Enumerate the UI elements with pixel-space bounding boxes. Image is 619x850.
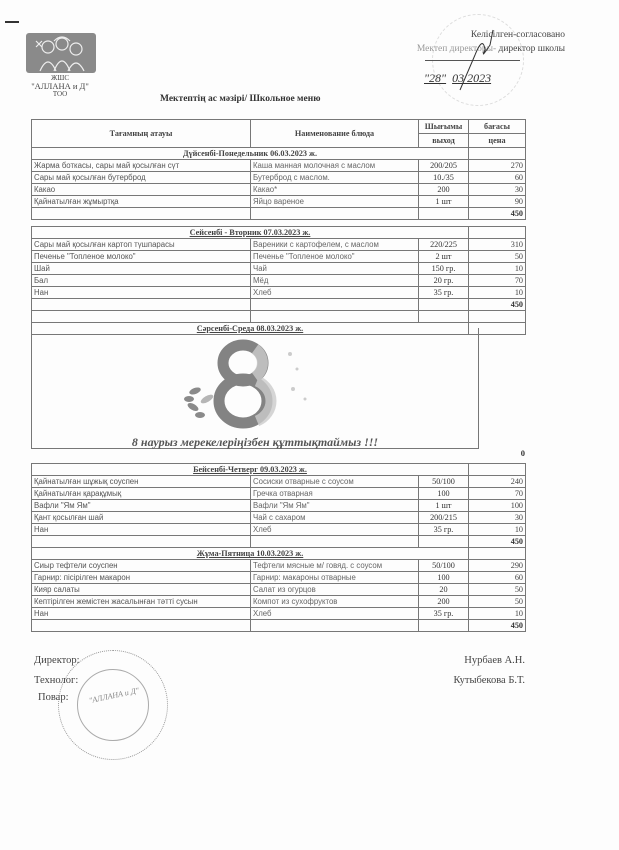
column-header-price-kz: бағасы <box>469 120 526 134</box>
menu-table-tuesday: Сейсенбі - Вторник 07.03.2023 ж. Сары ма… <box>31 226 526 335</box>
table-row: Печенье "Топленое молоко"Печенье "Топлен… <box>32 251 526 263</box>
holiday-greeting: 8 наурыз мерекелеріңізбен құттықтаймыз !… <box>32 435 478 450</box>
cook-label: Повар: <box>38 692 68 703</box>
column-header-yield-ru: выход <box>419 134 469 148</box>
menu-table-thursday-friday: Бейсенбі-Четверг 09.03.2023 ж. Қайнатылғ… <box>31 463 526 632</box>
table-row: Сары май қосылған картоп түшпарасыВарени… <box>32 239 526 251</box>
scan-mark <box>5 21 19 23</box>
total-row: 450 <box>32 299 526 311</box>
director-name: Нурбаев А.Н. <box>430 655 525 666</box>
chef-figures-icon <box>26 33 96 73</box>
approval-date: "28"03 2023 <box>424 71 491 86</box>
menu-table-monday: Тағамның атауы Наименование блюда Шығымы… <box>31 119 526 220</box>
day-title: Дүйсенбі-Понедельник 06.03.2023 ж. <box>32 148 469 160</box>
director-label: Директор: <box>34 655 80 666</box>
table-row: Вафли "Ям Ям"Вафли "Ям Ям"1 шт100 <box>32 500 526 512</box>
table-row: Жарма боткасы, сары май қосылған сүтКаша… <box>32 160 526 172</box>
column-header-name-kz: Тағамның атауы <box>32 120 251 148</box>
technologist-name: Кутыбекова Б.Т. <box>420 675 525 686</box>
table-row: Қант қосылған шайЧай с сахаром200/21530 <box>32 512 526 524</box>
table-row: НанХлеб35 гр.10 <box>32 287 526 299</box>
table-row: Қайнатылған шұжық соуспенСосиски отварны… <box>32 476 526 488</box>
table-row: Қайнатылған қарақұмықГречка отварная1007… <box>32 488 526 500</box>
table-row: Қайнатылған жұмыртқаЯйцо вареное1 шт90 <box>32 196 526 208</box>
day-title: Жұма-Пятница 10.03.2023 ж. <box>32 548 469 560</box>
table-row: БалМёд20 гр.70 <box>32 275 526 287</box>
march-8-flowers-icon <box>165 339 315 429</box>
company-name: ЖШС "АЛЛАНА и Д" ТОО <box>20 74 100 98</box>
column-header-name-ru: Наименование блюда <box>251 120 419 148</box>
table-row: НанХлеб35 гр.10 <box>32 608 526 620</box>
company-logo <box>26 33 96 73</box>
total-row: 450 <box>32 620 526 632</box>
column-header-price-ru: цена <box>469 134 526 148</box>
table-row: Кептірілген жемістен жасалынған тәтті су… <box>32 596 526 608</box>
total-row: 450 <box>32 536 526 548</box>
day-title: Бейсенбі-Четверг 09.03.2023 ж. <box>32 464 469 476</box>
table-row: ШайЧай150 гр.10 <box>32 263 526 275</box>
day-title: Сейсенбі - Вторник 07.03.2023 ж. <box>32 227 469 239</box>
page-title: Мектептің ас мәзірі/ Школьное меню <box>160 94 320 104</box>
table-row: Гарнир: пісірілген макаронГарнир: макаро… <box>32 572 526 584</box>
day-total: 0 <box>470 448 525 458</box>
total-row: 450 <box>32 208 526 220</box>
company-stamp: "АЛЛАНА и Д" <box>58 650 168 760</box>
table-row: НанХлеб35 гр.10 <box>32 524 526 536</box>
column-header-yield-kz: Шығымы <box>419 120 469 134</box>
table-row: Сиыр тефтели соуспенТефтели мясные м/ го… <box>32 560 526 572</box>
table-row: Кияр салатыСалат из огурцов2050 <box>32 584 526 596</box>
technologist-label: Технолог: <box>34 675 78 686</box>
table-row: Сары май қосылған бутербродБутерброд с м… <box>32 172 526 184</box>
table-row: КакаоКакао*20030 <box>32 184 526 196</box>
